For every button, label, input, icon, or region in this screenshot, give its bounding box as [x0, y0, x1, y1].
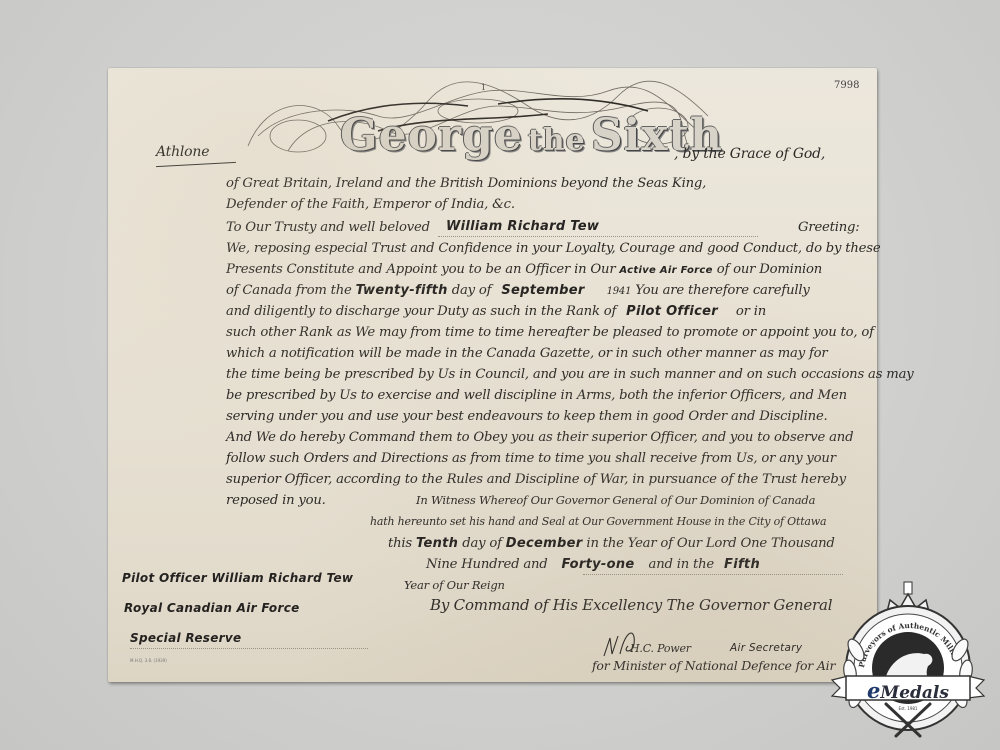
reign-year: Fifth	[724, 557, 760, 572]
body-line-13: reposed in you.	[226, 493, 326, 508]
body-line-2-suffix: of our Dominion	[717, 262, 822, 277]
addressee-service: Royal Canadian Air Force	[124, 601, 300, 615]
emedals-watermark-logo: Purveyors of Authentic Militaria eMedals…	[828, 580, 988, 740]
body-line-8: be prescribed by Us to exercise and well…	[226, 388, 847, 403]
witness-line-3-suffix: in the Year of Our Lord One Thousand	[586, 536, 834, 551]
witness-line-4-prefix: Nine Hundred and	[426, 557, 548, 572]
body-line-3-prefix: of Canada from the	[226, 283, 352, 298]
body-line-10: And We do hereby Command them to Obey yo…	[226, 430, 853, 445]
margin-note: Athlone	[156, 144, 209, 160]
commission-year: 1941	[607, 286, 632, 297]
established-label: Est. 1981	[828, 706, 988, 711]
title-the: the	[528, 123, 586, 158]
witness-year-words: Forty-one	[562, 557, 635, 572]
force-type: Active Air Force	[619, 265, 712, 276]
serial-number: 7998	[834, 80, 859, 91]
body-line-7: the time being be prescribed by Us in Co…	[226, 367, 913, 382]
body-line-6: which a notification will be made in the…	[226, 346, 827, 361]
command-line: By Command of His Excellency The Governo…	[430, 596, 832, 614]
witness-line-4: Nine Hundred and Forty-one and in the Fi…	[426, 557, 760, 572]
witness-line-4-mid: and in the	[649, 557, 715, 572]
greeting-prefix: To Our Trusty and well beloved	[226, 220, 430, 235]
witness-day: Tenth	[416, 536, 458, 551]
commission-day: Twenty-fifth	[356, 283, 448, 298]
body-line-12: superior Officer, according to the Rules…	[226, 472, 846, 487]
sovereign-title: George the Sixth	[340, 110, 723, 161]
body-line-1: We, reposing especial Trust and Confiden…	[226, 241, 880, 256]
addressee-rank-name: Pilot Officer William Richard Tew	[122, 571, 353, 585]
body-line-2: Presents Constitute and Appoint you to b…	[226, 262, 822, 277]
preamble-line-2: Defender of the Faith, Emperor of India,…	[226, 197, 515, 212]
witness-line-5: Year of Our Reign	[404, 578, 505, 592]
margin-underline	[156, 162, 236, 167]
witness-line-3: this Tenth day of December in the Year o…	[388, 536, 835, 551]
commission-month: September	[501, 283, 584, 298]
title-tail: , by the Grace of God,	[674, 146, 825, 162]
body-line-9: serving under you and use your best ende…	[226, 409, 828, 424]
page-number: 1	[481, 83, 486, 92]
witness-line-3-mid: day of	[462, 536, 502, 551]
body-line-4-suffix: or in	[736, 304, 766, 319]
body-line-3-suffix: You are therefore carefully	[635, 283, 809, 298]
signatory-title: Air Secretary	[730, 642, 802, 654]
body-line-5: such other Rank as We may from time to t…	[226, 325, 874, 340]
preamble-line-1: of Great Britain, Ireland and the Britis…	[226, 176, 706, 191]
brand-e: e	[867, 678, 880, 703]
rank: Pilot Officer	[626, 304, 718, 319]
body-line-3: of Canada from the Twenty-fifth day of S…	[226, 283, 810, 298]
commission-document: 1 7998 Athlone George the Sixth , by the…	[108, 68, 877, 682]
witness-month: December	[506, 536, 583, 551]
body-line-11: follow such Orders and Directions as fro…	[226, 451, 836, 466]
fill-rule	[438, 236, 758, 237]
emedals-seal-icon: Purveyors of Authentic Militaria	[828, 580, 988, 740]
body-line-3-mid: day of	[452, 283, 492, 298]
body-line-4: and diligently to discharge your Duty as…	[226, 304, 766, 319]
greeting-suffix: Greeting:	[798, 220, 860, 235]
emedals-wordmark: eMedals	[828, 678, 988, 703]
brand-rest: Medals	[880, 683, 949, 703]
printer-mark: M.H.Q. 3.8. (1939)	[130, 658, 167, 663]
addressee-reserve: Special Reserve	[130, 631, 241, 645]
body-line-4-prefix: and diligently to discharge your Duty as…	[226, 304, 616, 319]
title-george: George	[340, 110, 523, 161]
witness-line-3-prefix: this	[388, 536, 412, 551]
signatory-on-behalf: for Minister of National Defence for Air	[592, 658, 835, 673]
body-line-2-prefix: Presents Constitute and Appoint you to b…	[226, 262, 615, 277]
witness-line-1: In Witness Whereof Our Governor General …	[416, 493, 815, 507]
fill-rule	[583, 574, 843, 575]
recipient-name: William Richard Tew	[446, 219, 599, 234]
witness-line-2: hath hereunto set his hand and Seal at O…	[370, 515, 826, 528]
fill-rule	[130, 648, 368, 649]
signature: H.C. Power	[630, 642, 691, 655]
